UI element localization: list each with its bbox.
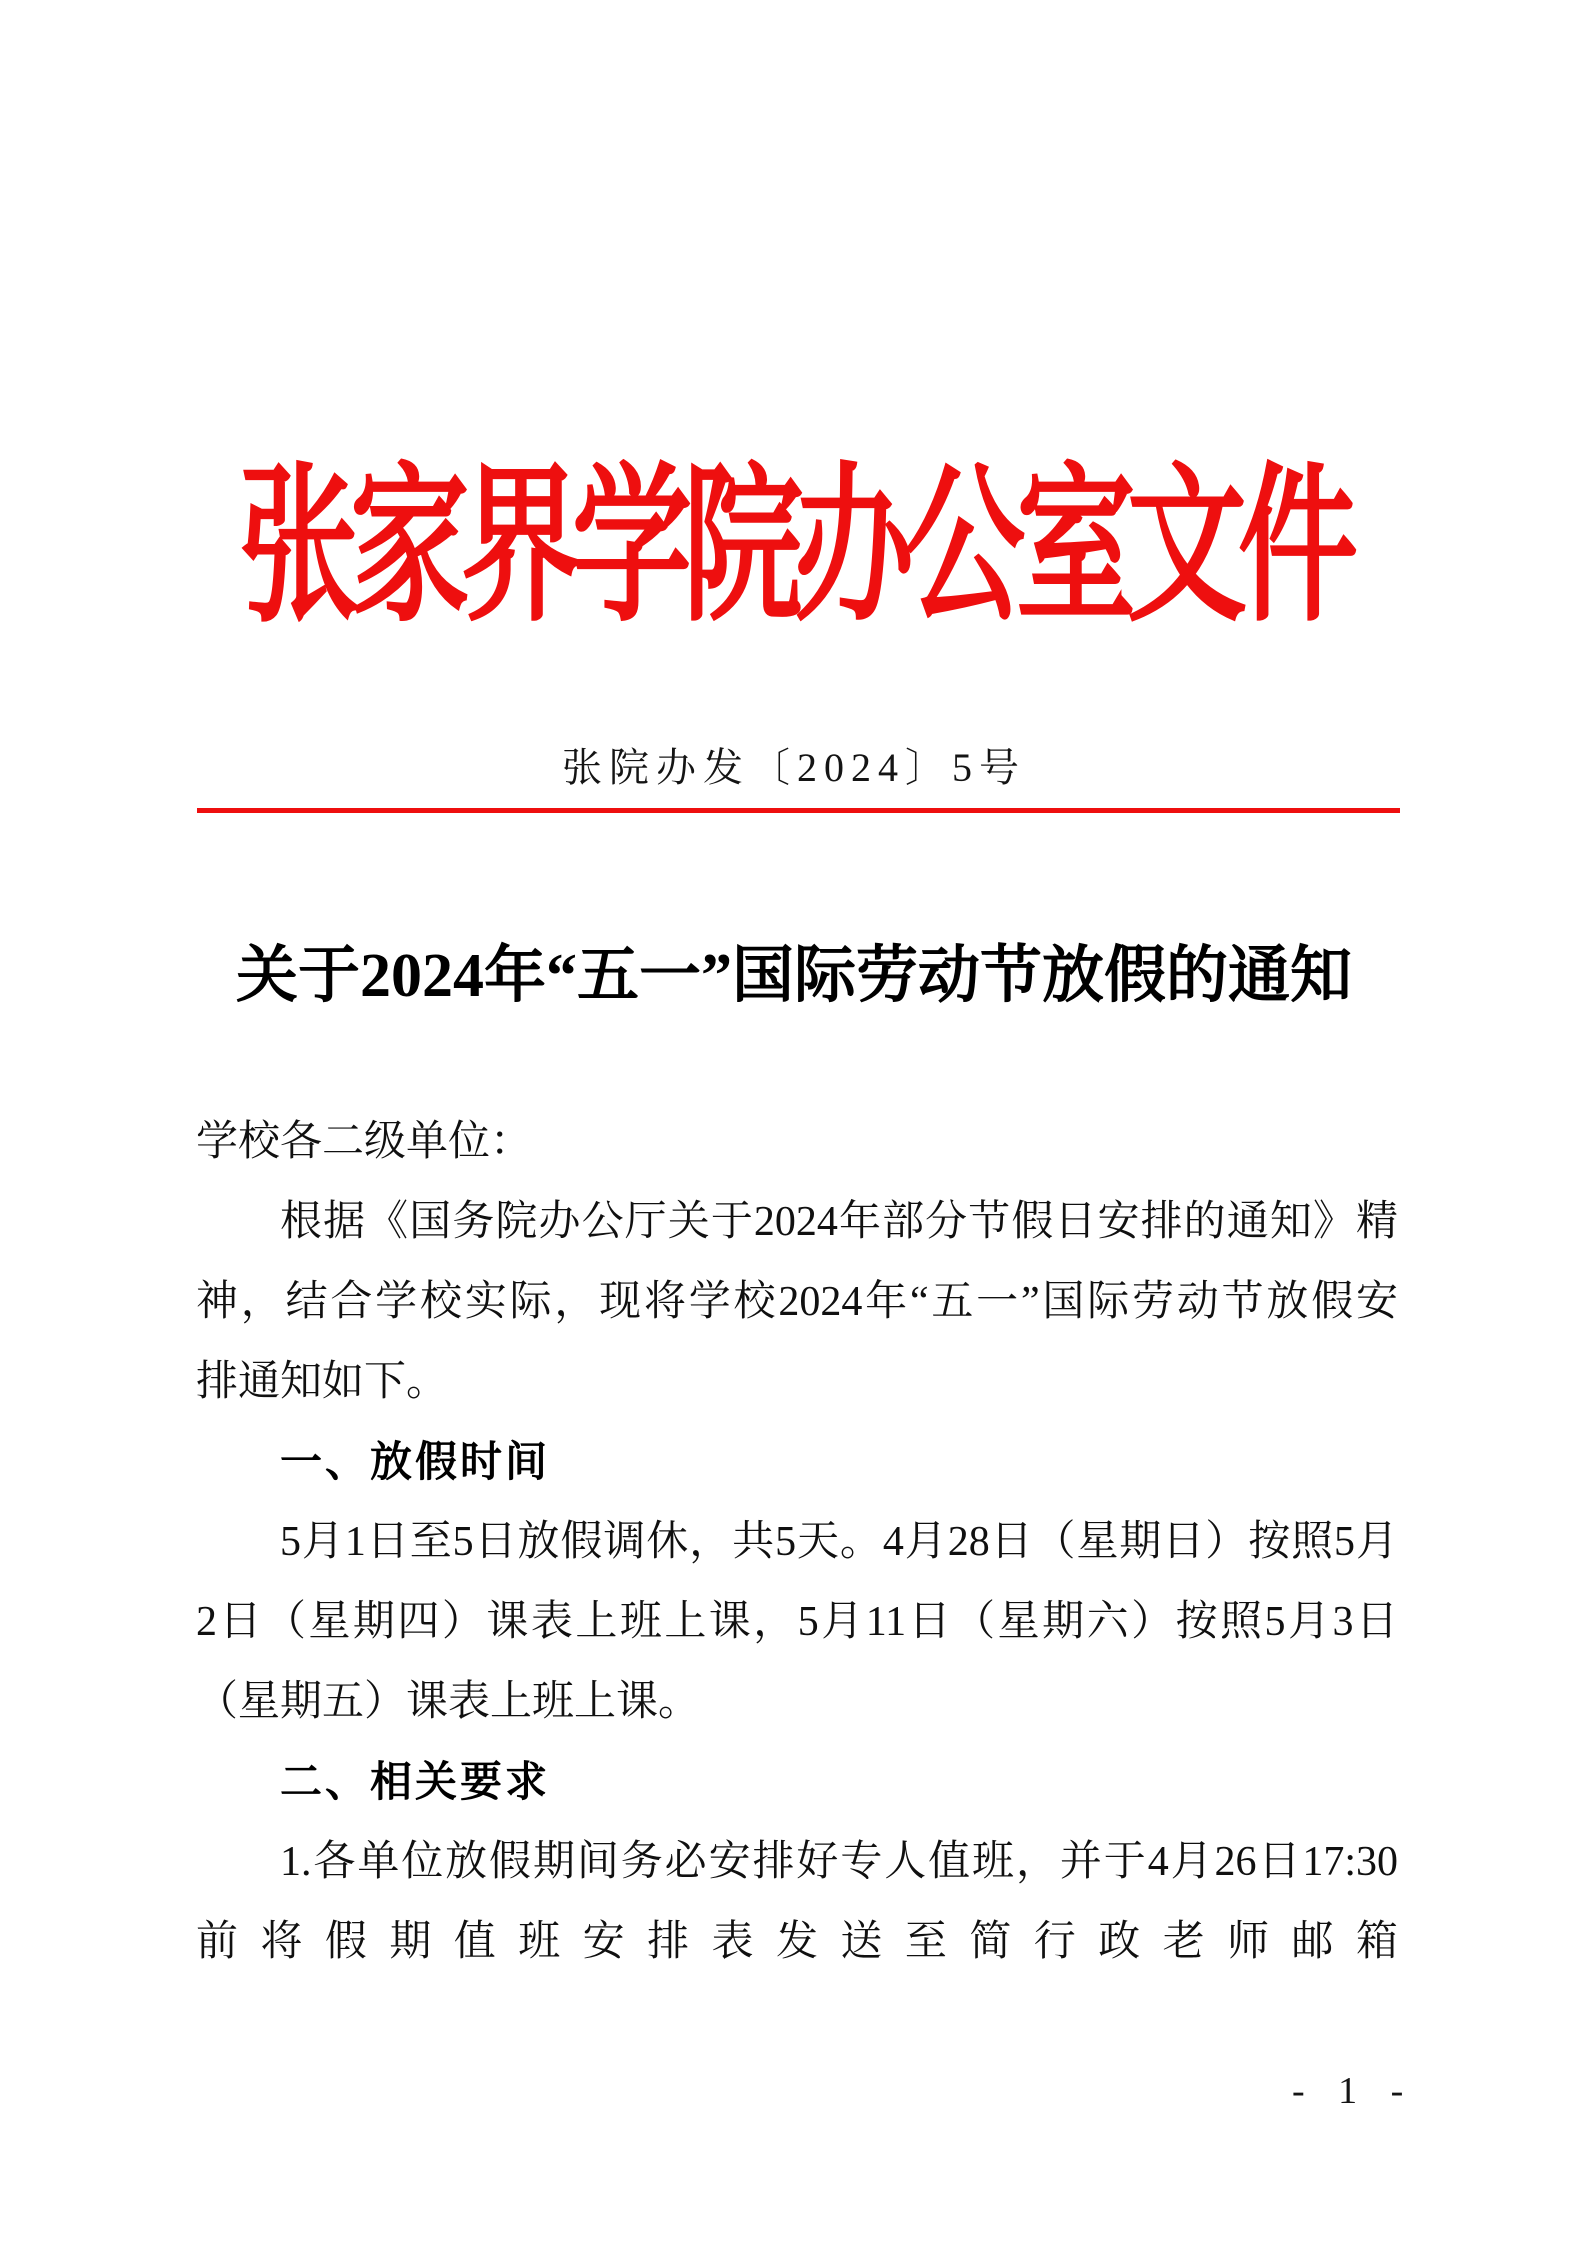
body-line: 根据《国务院办公厅关于2024年部分节假日安排的通知》精 [196, 1182, 1398, 1262]
red-divider [197, 808, 1400, 813]
page-number: - 1 - [1292, 2068, 1415, 2114]
section-heading-holiday-time: 一、放假时间 [196, 1422, 1398, 1502]
body-line: （星期五）课表上班上课。 [196, 1662, 1398, 1742]
doc-number: 张院办发〔2024〕5号 [0, 742, 1588, 794]
section-heading-requirements: 二、相关要求 [196, 1742, 1398, 1822]
body-line: 前将假期值班安排表发送至简行政老师邮箱 [196, 1902, 1398, 1982]
body-line: 2日（星期四）课表上班上课，5月11日（星期六）按照5月3日 [196, 1582, 1398, 1662]
salutation-line: 学校各二级单位： [196, 1102, 1398, 1182]
body-line: 5月1日至5日放假调休，共5天。4月28日（星期日）按照5月 [196, 1502, 1398, 1582]
body-text: 学校各二级单位： 根据《国务院办公厅关于2024年部分节假日安排的通知》精 神，… [196, 1102, 1398, 1982]
masthead-title: 张家界学院办公室文件 [0, 463, 1588, 633]
doc-title: 关于2024年“五一”国际劳动节放假的通知 [0, 938, 1588, 1014]
body-line: 排通知如下。 [196, 1342, 1398, 1422]
body-line: 神，结合学校实际，现将学校2024年“五一”国际劳动节放假安 [196, 1262, 1398, 1342]
body-line: 1.各单位放假期间务必安排好专人值班，并于4月26日17:30 [196, 1822, 1398, 1902]
